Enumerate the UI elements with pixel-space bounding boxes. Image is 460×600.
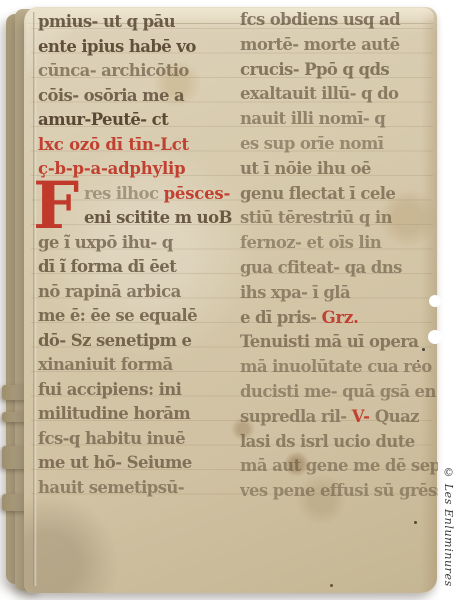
rubric-text: Grz. bbox=[322, 308, 359, 327]
ink-text: pmius- ut q pāu bbox=[38, 12, 175, 31]
manuscript-line: ducisti me- quā gsā en bbox=[240, 380, 438, 405]
manuscript-line: fcs obdiens usq ad bbox=[240, 8, 438, 33]
manuscript-line: hauit semetipsū- bbox=[38, 476, 232, 501]
ink-text: cūnca- archicōtio bbox=[38, 61, 189, 80]
manuscript-line: amur-Peutē- ct bbox=[38, 108, 232, 133]
manuscript-line: xinaniuit formā bbox=[38, 353, 232, 378]
ink-text: ente ipius habē vo bbox=[38, 37, 196, 56]
manuscript-line: supredla ril- V- Quaz bbox=[240, 405, 438, 430]
manuscript-line: genu flectat ī cele bbox=[240, 182, 438, 207]
manuscript-line: gua cfiteat- qa dns bbox=[240, 256, 438, 281]
rubric-text: V- bbox=[352, 407, 370, 426]
manuscript-line: ves pene effusi sū grēsse bbox=[240, 479, 438, 504]
ink-text: e dī pris- bbox=[240, 308, 322, 327]
ink-speck bbox=[330, 584, 333, 587]
ink-speck bbox=[414, 521, 417, 524]
manuscript-line: pmius- ut q pāu bbox=[38, 10, 232, 35]
ink-text: Tenuisti mā uī opera bbox=[240, 332, 418, 351]
ink-text: dī ĩ forma dī ēet bbox=[38, 257, 176, 276]
ink-text: me ut hō- Seiume bbox=[38, 453, 192, 472]
edge-notch bbox=[428, 330, 442, 344]
rubric-text: pēsces- bbox=[164, 184, 231, 203]
manuscript-line: nauit illi nomī- q bbox=[240, 107, 438, 132]
manuscript-line: e dī pris- Grz. bbox=[240, 306, 438, 331]
ink-text: lasi ds isrl ucio dute bbox=[240, 432, 415, 451]
ink-speck bbox=[422, 348, 425, 351]
manuscript-line: lxc ozō dī tīn-Lct bbox=[38, 133, 232, 158]
manuscript-line: ente ipius habē vo bbox=[38, 35, 232, 60]
ink-text: hauit semetipsū- bbox=[38, 478, 184, 497]
rubric-text: lxc ozō dī tīn-Lct bbox=[38, 135, 189, 154]
manuscript-line: Tenuisti mā uī opera bbox=[240, 330, 438, 355]
manuscript-line: eni scitite m uoB- bbox=[84, 206, 232, 231]
ink-text: mortē- morte autē bbox=[240, 35, 400, 54]
ink-text: crucis- Ppō q qds bbox=[240, 60, 389, 79]
ink-text: mā aut gene me dē sep bbox=[240, 456, 438, 475]
manuscript-line: lasi ds isrl ucio dute bbox=[240, 430, 438, 455]
manuscript-line: stiū tērestriū q in bbox=[240, 206, 438, 231]
manuscript-line: me ē: ēe se equalē bbox=[38, 304, 232, 329]
ink-text: nauit illi nomī- q bbox=[240, 109, 385, 128]
manuscript-line: mā inuolūtate cua reo bbox=[240, 355, 438, 380]
ink-text: me ē: ēe se equalē bbox=[38, 306, 197, 325]
ink-text: fcs-q habitu inuē bbox=[38, 429, 185, 448]
ink-text: es sup orīe nomī bbox=[240, 134, 383, 153]
manuscript-line: fui accipiens: ini bbox=[38, 378, 232, 403]
manuscript-line: fernoz- et oīs lin bbox=[240, 231, 438, 256]
ink-text: supredla ril- bbox=[240, 407, 352, 426]
manuscript-line: crucis- Ppō q qds bbox=[240, 58, 438, 83]
manuscript-line: fcs-q habitu inuē bbox=[38, 427, 232, 452]
manuscript-line: res ilhoc pēsces- bbox=[84, 182, 232, 207]
manuscript-line: cūnca- archicōtio bbox=[38, 59, 232, 84]
manuscript-line: cōis- osōria me a bbox=[38, 84, 232, 109]
ink-text: ves pene effusi sū grēsse bbox=[240, 481, 438, 500]
ink-text: res ilhoc bbox=[84, 184, 164, 203]
ink-text: cōis- osōria me a bbox=[38, 86, 184, 105]
ink-text: eni scitite m uoB- bbox=[84, 208, 232, 227]
manuscript-line: me ut hō- Seiume bbox=[38, 451, 232, 476]
manuscript-line: ut ī nōie ihu oē bbox=[240, 157, 438, 182]
copyright-credit: © Les Enluminures bbox=[437, 466, 455, 600]
manuscript-photo: pmius- ut q pāuente ipius habē vocūnca- … bbox=[0, 0, 460, 600]
manuscript-line: mortē- morte autē bbox=[240, 33, 438, 58]
ink-text: gua cfiteat- qa dns bbox=[240, 258, 402, 277]
manuscript-line: ihs xpa- ī glā bbox=[240, 281, 438, 306]
ink-text: ut ī nōie ihu oē bbox=[240, 159, 371, 178]
ink-text: xinaniuit formā bbox=[38, 355, 173, 374]
ink-text: genu flectat ī cele bbox=[240, 184, 395, 203]
ink-text: mā inuolūtate cua reo bbox=[240, 357, 432, 376]
ink-text: exaltauit illū- q do bbox=[240, 84, 398, 103]
manuscript-line: dī ĩ forma dī ēet bbox=[38, 255, 232, 280]
ink-text: Quaz bbox=[370, 407, 419, 426]
edge-notch bbox=[429, 295, 441, 307]
manuscript-line: es sup orīe nomī bbox=[240, 132, 438, 157]
ink-text: amur-Peutē- ct bbox=[38, 110, 168, 129]
manuscript-line: militudine horām bbox=[38, 402, 232, 427]
ink-text: militudine horām bbox=[38, 404, 190, 423]
text-column-right: fcs obdiens usq admortē- morte autēcruci… bbox=[240, 8, 438, 506]
ink-text: ducisti me- quā gsā en bbox=[240, 382, 436, 401]
manuscript-line: exaltauit illū- q do bbox=[240, 82, 438, 107]
ink-text: fcs obdiens usq ad bbox=[240, 10, 400, 29]
ink-text: fui accipiens: ini bbox=[38, 380, 181, 399]
ink-text: nō rapinā arbica bbox=[38, 282, 181, 301]
manuscript-line: mā aut gene me dē sep bbox=[240, 454, 438, 479]
ink-speck bbox=[417, 360, 419, 362]
ink-text: fernoz- et oīs lin bbox=[240, 233, 381, 252]
manuscript-line: nō rapinā arbica bbox=[38, 280, 232, 305]
initial-letter-F: F bbox=[33, 177, 79, 235]
text-column-left: pmius- ut q pāuente ipius habē vocūnca- … bbox=[38, 10, 232, 502]
ink-text: stiū tērestriū q in bbox=[240, 208, 392, 227]
ink-text: ihs xpa- ī glā bbox=[240, 283, 350, 302]
manuscript-line: dō- Sz senetipm e bbox=[38, 329, 232, 354]
ink-text: dō- Sz senetipm e bbox=[38, 331, 191, 350]
